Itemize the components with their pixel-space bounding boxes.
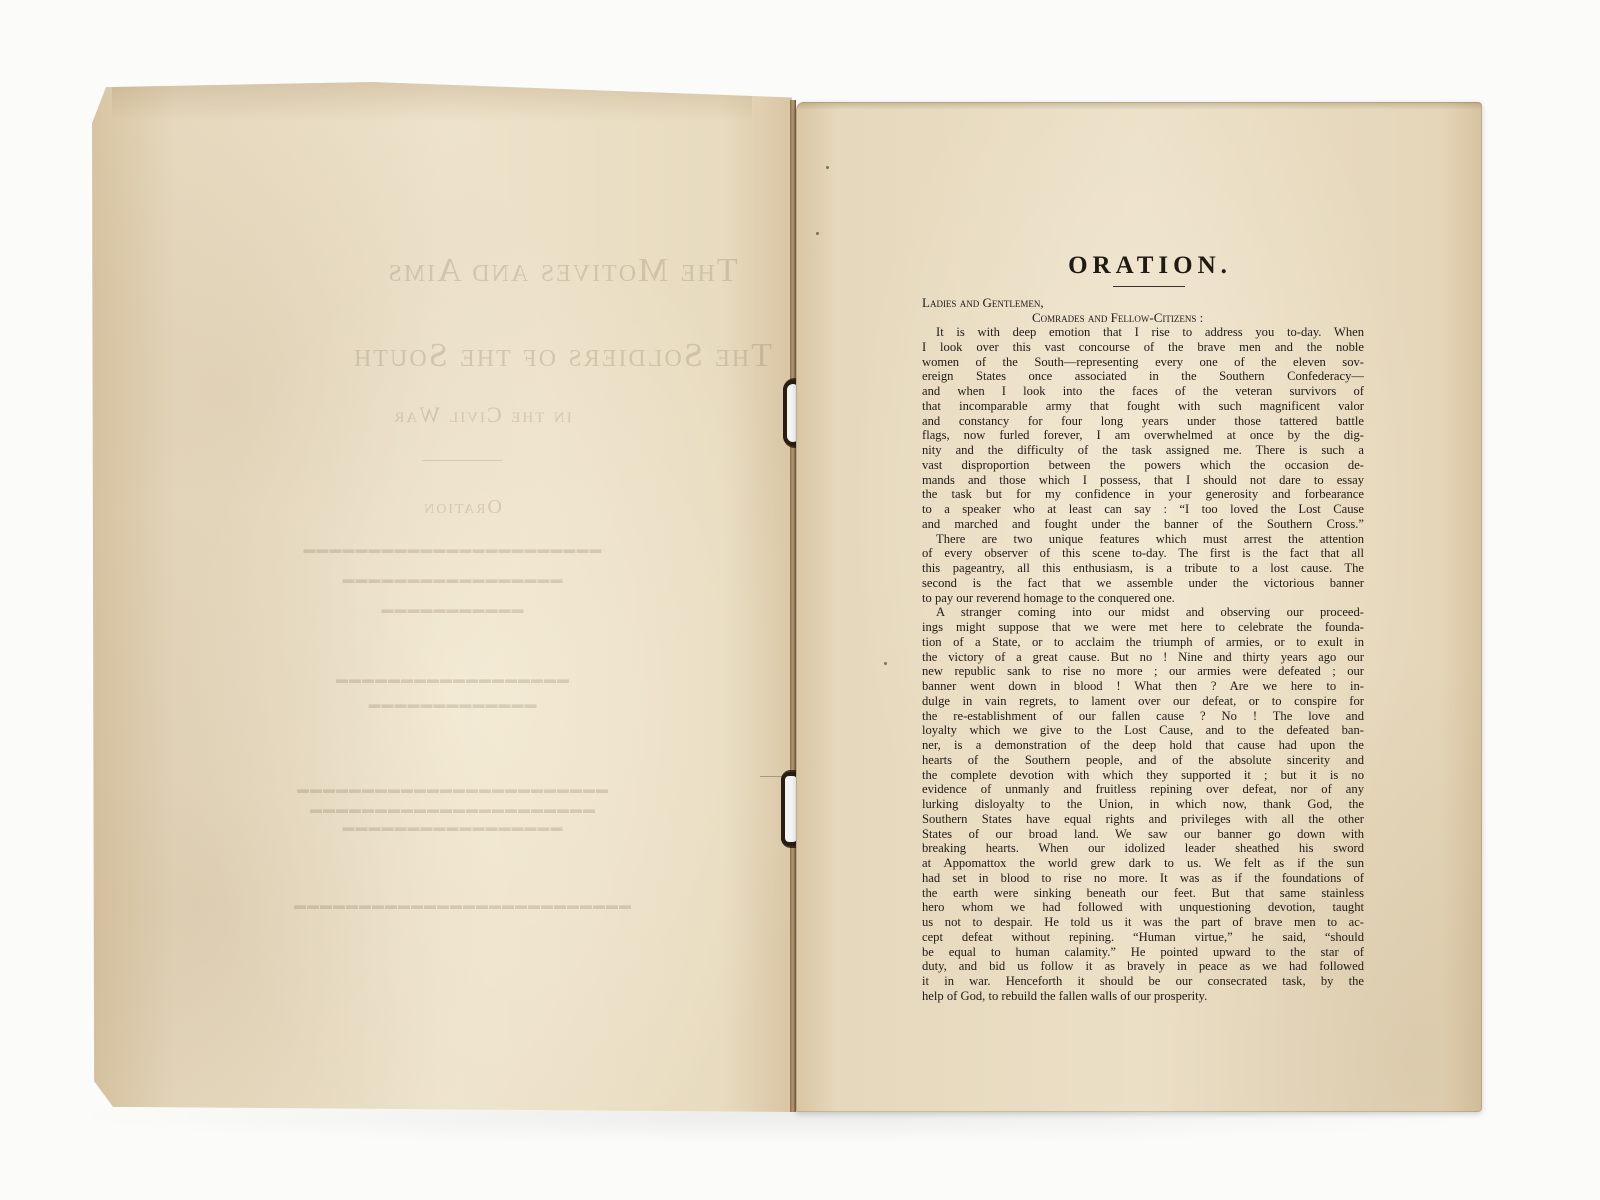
text-line: dulge in vain regrets, to lament over ou… bbox=[922, 694, 1364, 709]
text-line: had set in blood to rise no more. It was… bbox=[922, 871, 1364, 886]
bleed-through-line: in the Civil War bbox=[132, 402, 832, 428]
text-line: I look over this vast concourse of the b… bbox=[922, 340, 1364, 355]
text-line: ings might suppose that we were met here… bbox=[922, 620, 1364, 635]
bleed-through-smalltext: ▬▬▬▬▬▬▬▬▬▬▬▬▬ bbox=[102, 697, 802, 712]
text-line: the victory of a great cause. But no ! N… bbox=[922, 650, 1364, 665]
text-line: nity and the difficulty of the task assi… bbox=[922, 443, 1364, 458]
text-line: breaking hearts. When our idolized leade… bbox=[922, 841, 1364, 856]
text-line: tion of a State, or to acclaim the trium… bbox=[922, 635, 1364, 650]
text-line: help of God, to rebuild the fallen walls… bbox=[922, 989, 1364, 1004]
text-line: ner, is a demonstration of the deep hold… bbox=[922, 738, 1364, 753]
text-line: to pay our reverend homage to the conque… bbox=[922, 591, 1364, 606]
text-line: it in war. Henceforth it should be our c… bbox=[922, 974, 1364, 989]
water-stain bbox=[112, 82, 752, 122]
text-line: second is the fact that we assemble unde… bbox=[922, 576, 1364, 591]
bleed-through-rule bbox=[422, 460, 502, 461]
text-line: banner went down in blood ! What then ? … bbox=[922, 679, 1364, 694]
bleed-through-smalltext: ▬▬▬▬▬▬▬▬▬▬▬▬▬▬▬▬▬ bbox=[102, 572, 802, 587]
text-line: of every observer of this scene to-day. … bbox=[922, 546, 1364, 561]
page-top-edge bbox=[796, 102, 1482, 110]
text-line: flags, now furled forever, I am overwhel… bbox=[922, 428, 1364, 443]
bleed-through-smalltext: ▬▬▬▬▬▬▬▬▬▬▬▬▬▬▬▬▬ bbox=[102, 820, 802, 835]
bleed-through-smalltext: ▬▬▬▬▬▬▬▬▬▬▬▬▬▬▬▬▬▬▬▬▬▬▬▬▬▬ bbox=[112, 898, 812, 913]
text-line: mands and those which I possess, that I … bbox=[922, 473, 1364, 488]
text-line: and when I look into the faces of the ve… bbox=[922, 384, 1364, 399]
text-line: to a speaker who at least can say : “I t… bbox=[922, 502, 1364, 517]
salutation-line-1: Ladies and Gentlemen, bbox=[922, 295, 1364, 310]
bleed-through-smalltext: ▬▬▬▬▬▬▬▬▬▬▬▬▬▬▬▬▬▬▬▬▬▬▬ bbox=[102, 542, 802, 557]
text-line: and marched and fought under the banner … bbox=[922, 517, 1364, 532]
text-line: A stranger coming into our midst and obs… bbox=[922, 605, 1364, 620]
text-line: women of the South—representing every on… bbox=[922, 355, 1364, 370]
text-line: the earth were sinking beneath our feet.… bbox=[922, 886, 1364, 901]
text-line: us not to despair. He told us it was the… bbox=[922, 915, 1364, 930]
text-line: ereign States once associated in the Sou… bbox=[922, 369, 1364, 384]
foxing-spot bbox=[884, 662, 887, 665]
text-line: the task but for my confidence in your g… bbox=[922, 487, 1364, 502]
salutation-line-2: Comrades and Fellow-Citizens : bbox=[922, 310, 1364, 325]
page-title: ORATION. bbox=[922, 252, 1364, 280]
body-text: It is with deep emotion that I rise to a… bbox=[922, 325, 1364, 1004]
title-rule bbox=[1113, 286, 1185, 287]
bleed-through-smalltext: ▬▬▬▬▬▬▬▬▬▬▬▬▬▬▬▬▬▬▬▬▬▬▬▬ bbox=[102, 782, 802, 797]
bleed-through-line: Oration bbox=[112, 496, 812, 519]
bleed-through-smalltext: ▬▬▬▬▬▬▬▬▬▬▬▬▬▬▬▬▬▬ bbox=[102, 672, 802, 687]
text-line: new republic sank to rise no more ; our … bbox=[922, 664, 1364, 679]
bleed-through-smalltext: ▬▬▬▬▬▬▬▬▬▬▬▬▬▬▬▬▬▬▬▬▬▬ bbox=[102, 802, 802, 817]
text-line: vast disproportion between the powers wh… bbox=[922, 458, 1364, 473]
text-line: duty, and bid us follow it as bravely in… bbox=[922, 959, 1364, 974]
text-line: the complete devotion with which they su… bbox=[922, 768, 1364, 783]
text-line: and constancy for four long years under … bbox=[922, 414, 1364, 429]
text-line: the re-establishment of our fallen cause… bbox=[922, 709, 1364, 724]
text-line: that incomparable army that fought with … bbox=[922, 399, 1364, 414]
left-page: The Motives and Aims The Soldiers of the… bbox=[92, 82, 792, 1112]
text-line: evidence of unmanly and fruitless repini… bbox=[922, 782, 1364, 797]
text-line: cept defeat without repining. “Human vir… bbox=[922, 930, 1364, 945]
foxing-spot bbox=[816, 232, 819, 235]
text-line: lurking disloyalty to the Union, in whic… bbox=[922, 797, 1364, 812]
text-line: loyalty which we give to the Lost Cause,… bbox=[922, 723, 1364, 738]
right-page: ORATION. Ladies and Gentlemen, Comrades … bbox=[796, 102, 1482, 1112]
foxing-spot bbox=[826, 166, 829, 169]
text-line: Southern States have equal rights and pr… bbox=[922, 812, 1364, 827]
text-line: It is with deep emotion that I rise to a… bbox=[922, 325, 1364, 340]
text-line: hero whom we had followed with unquestio… bbox=[922, 900, 1364, 915]
text-line: be equal to human calamity.” He pointed … bbox=[922, 945, 1364, 960]
text-line: States of our broad land. We saw our ban… bbox=[922, 827, 1364, 842]
bleed-through-smalltext: ▬▬▬▬▬▬▬▬▬▬▬ bbox=[102, 602, 802, 617]
oration-text: ORATION. Ladies and Gentlemen, Comrades … bbox=[922, 252, 1364, 1004]
text-line: at Appomattox the world grew dark to us.… bbox=[922, 856, 1364, 871]
text-line: hearts of the Southern people, and of th… bbox=[922, 753, 1364, 768]
text-line: this pageantry, all this enthusiasm, is … bbox=[922, 561, 1364, 576]
text-line: There are two unique features which must… bbox=[922, 532, 1364, 547]
